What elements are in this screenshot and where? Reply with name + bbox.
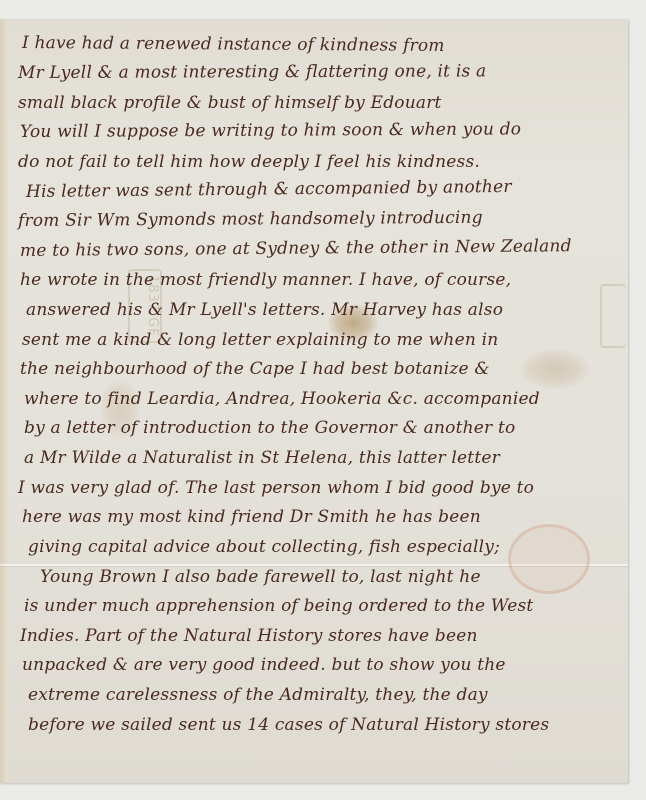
letter-line-6: His letter was sent through & accompanie…	[26, 177, 512, 202]
letter-line-2: Mr Lyell & a most interesting & flatteri…	[18, 61, 486, 83]
letter-line-24: before we sailed sent us 14 cases of Nat…	[28, 715, 549, 735]
letter-line-11: sent me a kind & long letter explaining …	[22, 330, 498, 350]
letter-line-21: Indies. Part of the Natural History stor…	[20, 626, 478, 646]
letter-line-15: a Mr Wilde a Naturalist in St Helena, th…	[24, 448, 500, 468]
letter-line-4: You will I suppose be writing to him soo…	[20, 119, 521, 142]
manuscript-page: 1837 GF I have had a renewed instance of…	[0, 19, 628, 783]
letter-line-12: the neighbourhood of the Cape I had best…	[20, 359, 490, 379]
letter-line-7: from Sir Wm Symonds most handsomely intr…	[18, 208, 483, 231]
letter-line-1: I have had a renewed instance of kindnes…	[22, 33, 445, 56]
letter-line-14: by a letter of introduction to the Gover…	[24, 418, 515, 438]
water-stain-small	[520, 349, 590, 389]
letter-line-20: is under much apprehension of being orde…	[24, 596, 533, 616]
bleed-through-mark-edge	[600, 284, 626, 348]
letter-line-8: me to his two sons, one at Sydney & the …	[20, 236, 572, 261]
letter-line-5: do not fail to tell him how deeply I fee…	[18, 152, 480, 172]
letter-line-3: small black profile & bust of himself by…	[18, 93, 442, 113]
letter-line-22: unpacked & are very good indeed. but to …	[22, 655, 506, 675]
scan-viewport: 1837 GF I have had a renewed instance of…	[0, 0, 646, 800]
letter-line-13: where to find Leardia, Andrea, Hookeria …	[24, 389, 540, 409]
letter-line-19: Young Brown I also bade farewell to, las…	[40, 567, 481, 587]
letter-line-17: here was my most kind friend Dr Smith he…	[22, 507, 481, 527]
letter-line-16: I was very glad of. The last person whom…	[18, 478, 534, 498]
letter-line-23: extreme carelessness of the Admiralty, t…	[28, 685, 488, 705]
letter-line-9: he wrote in the most friendly manner. I …	[20, 270, 511, 290]
faint-postmark	[508, 524, 590, 594]
letter-line-18: giving capital advice about collecting, …	[28, 537, 500, 557]
letter-line-10: answered his & Mr Lyell's letters. Mr Ha…	[26, 300, 503, 320]
